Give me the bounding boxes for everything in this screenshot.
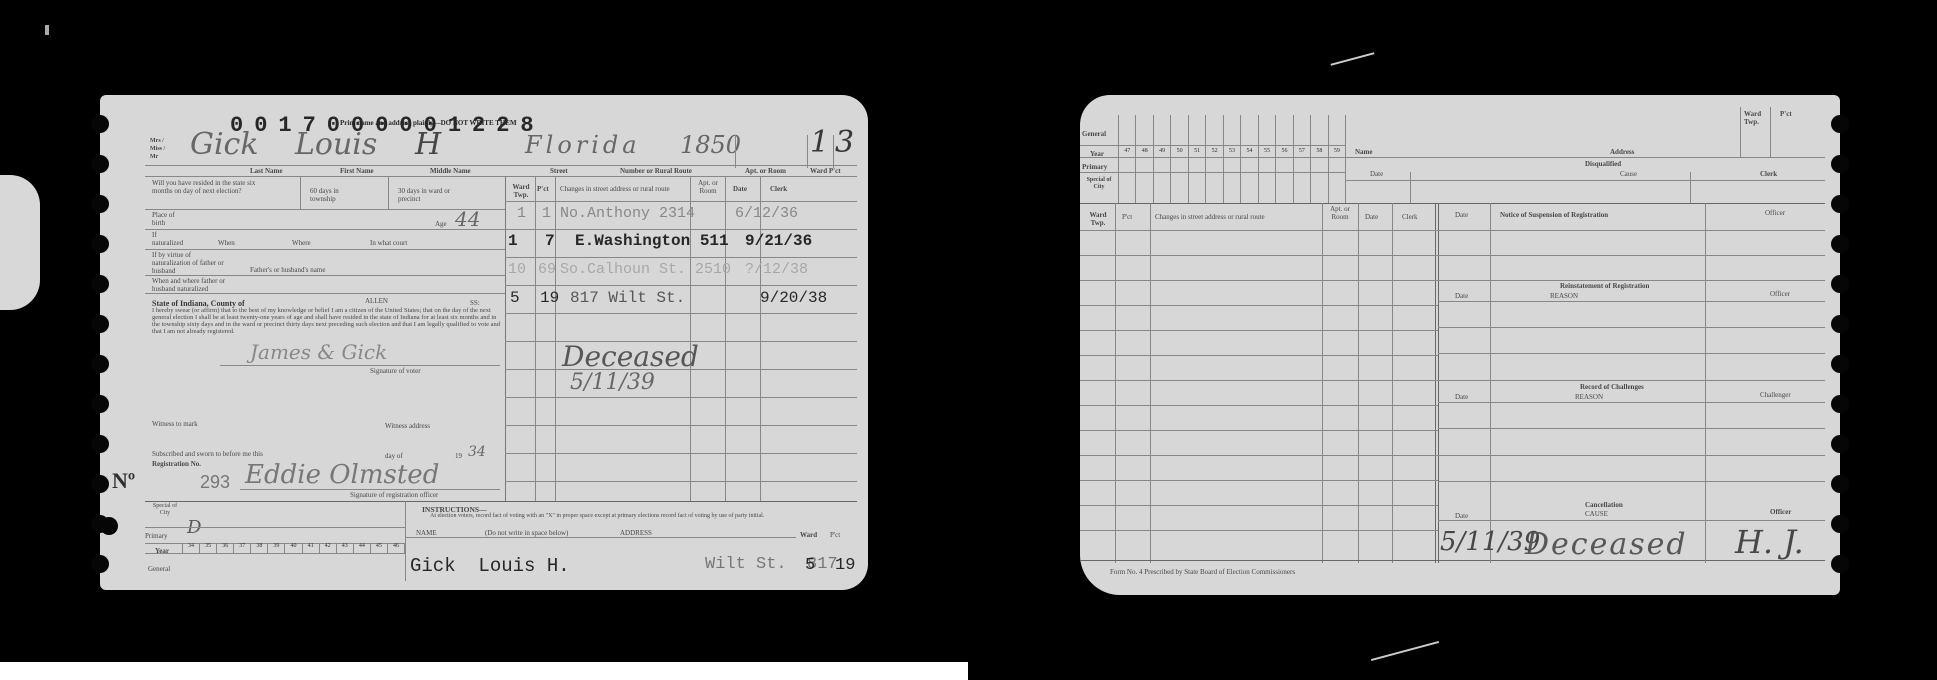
reinstatement-header-date: Date xyxy=(1455,292,1468,300)
father-when-label: When and where father or husband natural… xyxy=(152,277,247,293)
cancellation-header-officer: Officer xyxy=(1770,508,1791,516)
when-label: When xyxy=(218,239,235,247)
row-label-special: Special of City xyxy=(1084,177,1114,191)
challenges-header-reason: REASON xyxy=(1575,393,1603,401)
deceased-date-note: 5/11/39 xyxy=(570,370,655,395)
place-of-birth-label: Place of birth xyxy=(152,211,182,227)
ss-label: SS: xyxy=(470,299,480,307)
witness-label: Witness to mark xyxy=(152,420,198,428)
instructions-do-not-write: (Do not write in space below) xyxy=(485,529,568,537)
year-cells: 34 35 36 37 38 39 40 41 42 43 44 45 46 xyxy=(182,543,405,553)
virtue-label: If by virtue of naturalization of father… xyxy=(152,251,227,275)
question-60-days: 60 days in township xyxy=(310,187,360,203)
instructions-address-label: ADDRESS xyxy=(620,529,652,537)
pct-value: 3 xyxy=(835,125,854,160)
label-street: Street xyxy=(550,167,568,175)
typed-address: Wilt St. 817 xyxy=(705,555,838,574)
suspension-header-notice: Notice of Suspension of Registration xyxy=(1500,211,1608,219)
changes-header-clerk: Clerk xyxy=(1402,213,1418,221)
court-label: In what court xyxy=(370,239,407,247)
year-cells: 47 48 49 50 51 52 53 54 55 56 57 58 59 xyxy=(1118,115,1346,203)
year-value: 34 xyxy=(468,444,486,460)
changes-header-clerk: Clerk xyxy=(770,185,787,193)
challenges-header-date: Date xyxy=(1455,393,1468,401)
scan-artifact xyxy=(45,25,49,35)
changes-row: 1 1 No.Anthony 2314 6/12/36 xyxy=(505,203,857,229)
oath-text: I hereby swear (or affirm) that to the b… xyxy=(152,307,502,335)
top-name-label: Name xyxy=(1355,148,1373,156)
row-label-general: General xyxy=(1082,130,1106,138)
cancellation-officer: H. J. xyxy=(1735,523,1804,561)
label-last-name: Last Name xyxy=(250,167,282,175)
changes-header-pct: P'ct xyxy=(1122,213,1132,221)
changes-row: 10 69 So.Calhoun St. 2510 ?/12/38 xyxy=(505,259,857,285)
deceased-note: Deceased xyxy=(562,340,699,373)
day-label: day of xyxy=(385,452,403,460)
where-label: Where xyxy=(292,239,311,247)
no-symbol: Nº xyxy=(112,468,135,494)
suspension-header-officer: Officer xyxy=(1765,209,1785,217)
typed-pct: 19 xyxy=(835,556,855,575)
reinstatement-header-reason: REASON xyxy=(1550,292,1578,300)
form-footer: Form No. 4 Prescribed by State Board of … xyxy=(1110,568,1295,576)
ward-value: 1 xyxy=(810,125,829,160)
father-name-label: Father's or husband's name xyxy=(250,266,325,274)
registration-no-label: Registration No. xyxy=(152,460,201,468)
registration-card-front: 0017000001228 Print name and address pla… xyxy=(100,95,868,590)
instructions-text: At election voters, record fact of votin… xyxy=(430,513,835,520)
challenges-title: Record of Challenges xyxy=(1580,383,1644,391)
changes-row: 5 19 817 Wilt St. 9/20/38 xyxy=(505,287,857,313)
instructions-name-label: NAME xyxy=(416,529,437,537)
label-apt: Apt. or Room xyxy=(745,167,786,175)
changes-header-address: Changes in street address or rural route xyxy=(1155,213,1265,221)
cancellation-title: Cancellation xyxy=(1585,501,1623,509)
changes-header-pct: P'ct xyxy=(537,185,549,193)
changes-header-ward: Ward Twp. xyxy=(1082,211,1114,227)
top-ward-label: Ward Twp. xyxy=(1744,110,1769,126)
top-disqualified-label: Disqualified xyxy=(1585,160,1621,168)
top-address-label: Address xyxy=(1610,148,1634,156)
last-name-value: Gick xyxy=(190,127,259,162)
witness-address-label: Witness address xyxy=(385,422,430,430)
officer-signature-label: Signature of registration officer xyxy=(350,491,438,499)
changes-header-ward: Ward Twp. xyxy=(508,183,534,199)
age-label: Age xyxy=(435,220,447,228)
header-instruction: Print name and address plainly—DO NOT WR… xyxy=(340,119,517,127)
scan-artifact xyxy=(1371,641,1439,661)
label-ward-pct: Ward P'ct xyxy=(810,167,841,175)
scan-artifact xyxy=(1331,52,1375,66)
age-value: 44 xyxy=(455,207,480,231)
registration-number: 293 xyxy=(200,472,230,493)
instructions-ward-label: Ward xyxy=(800,531,817,539)
cancellation-header-date: Date xyxy=(1455,512,1468,520)
row-label-primary: Primary xyxy=(145,532,168,540)
row-label-general: General xyxy=(148,565,170,573)
changes-header-apt: Apt. or Room xyxy=(693,179,723,195)
changes-header-apt: Apt. or Room xyxy=(1325,205,1355,221)
reinstatement-title: Reinstatement of Registration xyxy=(1560,282,1649,290)
top-clerk-label: Clerk xyxy=(1760,170,1777,178)
top-pct-label: P'ct xyxy=(1780,110,1792,118)
changes-row: 1 7 E.Washington 511 9/21/36 xyxy=(505,231,857,257)
voter-signature: James & Gick xyxy=(250,340,387,364)
county-value: ALLEN xyxy=(365,297,388,305)
typed-ward: 5 xyxy=(805,556,815,575)
label-middle-name: Middle Name xyxy=(430,167,471,175)
top-cause-label: Cause xyxy=(1620,170,1637,178)
registration-card-back: General Year Primary Special of City 47 … xyxy=(1080,95,1840,595)
naturalized-label: If naturalized xyxy=(152,231,182,247)
street-value: Florida xyxy=(525,131,641,159)
label-number: Number or Rural Route xyxy=(620,167,692,175)
number-value: 1850 xyxy=(680,131,741,159)
top-date-label: Date xyxy=(1370,170,1383,178)
label-first-name: First Name xyxy=(340,167,374,175)
changes-header-date: Date xyxy=(1365,213,1378,221)
first-name-value: Louis xyxy=(295,127,377,162)
subscribed-label: Subscribed and sworn to before me this xyxy=(152,450,263,458)
row-label-special: Special of City xyxy=(150,503,180,517)
typed-name: Gick Louis H. xyxy=(410,555,570,577)
reinstatement-header-officer: Officer xyxy=(1770,290,1790,298)
challenges-header-challenger: Challenger xyxy=(1760,391,1791,399)
scan-edge-left xyxy=(0,175,40,310)
question-30-days: 30 days in ward or precinct xyxy=(398,187,468,203)
cancellation-header-cause: CAUSE xyxy=(1585,510,1608,518)
instructions-pct-label: P'ct xyxy=(830,531,840,539)
scan-bottom-strip xyxy=(0,662,968,680)
suspension-header-date: Date xyxy=(1455,211,1468,219)
name-prefix: Mrs / Miss / Mr xyxy=(150,137,172,161)
row-label-primary: Primary xyxy=(1082,163,1107,171)
changes-header-date: Date xyxy=(733,185,747,193)
question-six-months: Will you have resided in the state six m… xyxy=(152,179,272,195)
signature-label: Signature of voter xyxy=(370,367,421,375)
middle-name-value: H xyxy=(415,127,441,162)
year-prefix: 19 xyxy=(455,452,462,460)
changes-header-address: Changes in street address or rural route xyxy=(560,185,670,193)
officer-signature: Eddie Olmsted xyxy=(245,460,439,490)
punch-hole xyxy=(100,517,118,535)
cancellation-cause: Deceased xyxy=(1525,527,1688,562)
